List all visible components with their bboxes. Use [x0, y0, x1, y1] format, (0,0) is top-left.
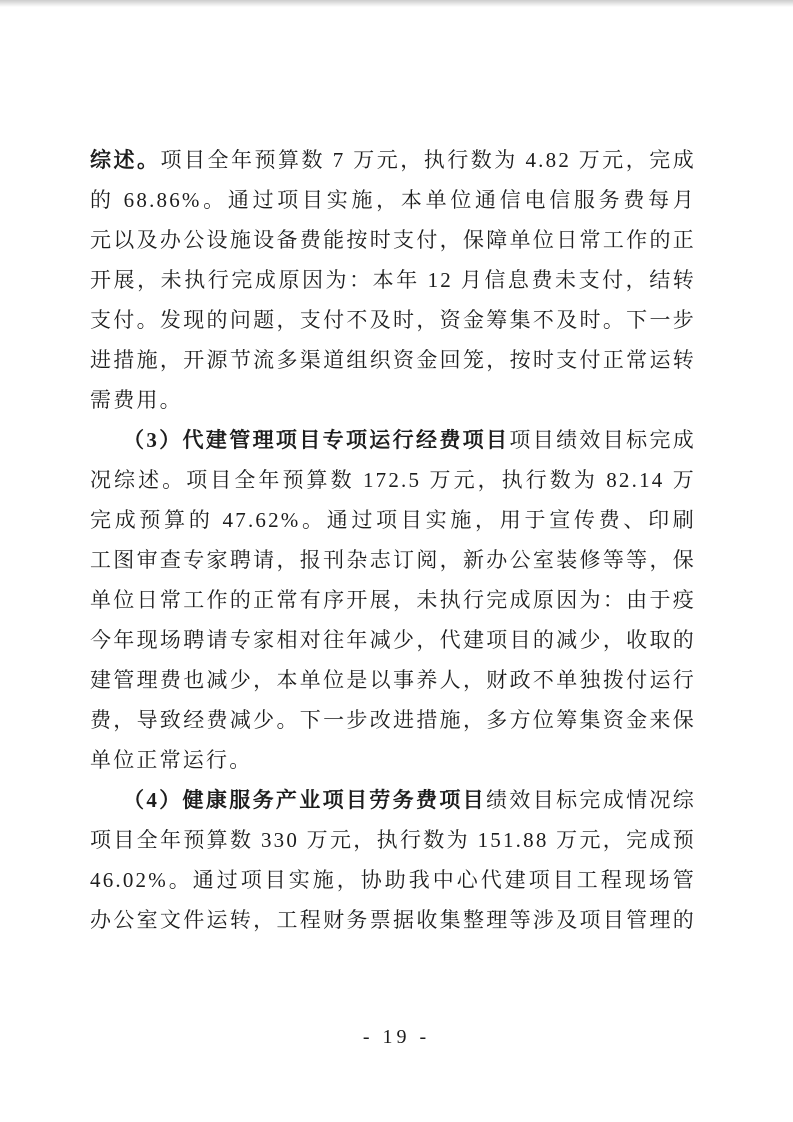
- text-run: 支付。发现的问题，支付不及时，资金筹集不及时。下一步改: [90, 308, 696, 340]
- text-line: 的 68.86%。通过项目实施，本单位通信电信服务费每月 4500: [90, 180, 696, 220]
- text-line: 元以及办公设施设备费能按时支付，保障单位日常工作的正常: [90, 220, 696, 260]
- text-run: 单位正常运行。: [90, 748, 252, 772]
- bold-text-run: （3）代建管理项目专项运行经费项目: [123, 428, 509, 452]
- text-line: 单位日常工作的正常有序开展，未执行完成原因为：由于疫情: [90, 580, 696, 620]
- paragraph-4-health-services-project: （4）健康服务产业项目劳务费项目绩效目标完成情况综述项目全年预算数 330 万元…: [90, 780, 696, 940]
- document-body: 综述。项目全年预算数 7 万元，执行数为 4.82 万元，完成预算的 68.86…: [90, 140, 696, 940]
- text-line: （3）代建管理项目专项运行经费项目项目绩效目标完成情: [90, 420, 696, 460]
- text-line: 办公室文件运转，工程财务票据收集整理等涉及项目管理的多: [90, 900, 696, 940]
- text-run: 项目全年预算数 330 万元，执行数为 151.88 万元，完成预算的: [90, 828, 696, 860]
- text-line: 项目全年预算数 330 万元，执行数为 151.88 万元，完成预算的: [90, 820, 696, 860]
- text-line: 46.02%。通过项目实施，协助我中心代建项目工程现场管理，: [90, 860, 696, 900]
- paragraph-2-continuation: 综述。项目全年预算数 7 万元，执行数为 4.82 万元，完成预算的 68.86…: [90, 140, 696, 420]
- text-run: 建管理费也减少，本单位是以事养人，财政不单独拨付运行经: [90, 668, 696, 700]
- text-line: 需费用。: [90, 380, 696, 420]
- text-run: 今年现场聘请专家相对往年减少，代建项目的减少，收取的代: [90, 628, 696, 660]
- text-run: 费，导致经费减少。下一步改进措施，多方位筹集资金来保证: [90, 708, 696, 740]
- text-line: 单位正常运行。: [90, 740, 696, 780]
- text-line: 费，导致经费减少。下一步改进措施，多方位筹集资金来保证: [90, 700, 696, 740]
- page-footer: - 19 -: [0, 1026, 793, 1049]
- document-page: 综述。项目全年预算数 7 万元，执行数为 4.82 万元，完成预算的 68.86…: [0, 0, 793, 1122]
- bold-text-run: （4）健康服务产业项目劳务费项目: [123, 788, 486, 812]
- text-run: 办公室文件运转，工程财务票据收集整理等涉及项目管理的多: [90, 908, 696, 940]
- text-line: 况综述。项目全年预算数 172.5 万元，执行数为 82.14 万元，: [90, 460, 696, 500]
- text-run: 完成预算的 47.62%。通过项目实施，用于宣传费、印刷费、施: [90, 508, 696, 540]
- text-line: 建管理费也减少，本单位是以事养人，财政不单独拨付运行经: [90, 660, 696, 700]
- text-run: 工图审查专家聘请，报刊杂志订阅，新办公室装修等等，保障: [90, 548, 696, 580]
- text-line: 进措施，开源节流多渠道组织资金回笼，按时支付正常运转所: [90, 340, 696, 380]
- text-run: 开展，未执行完成原因为：本年 12 月信息费未支付，结转下年: [90, 268, 696, 300]
- text-run: 元以及办公设施设备费能按时支付，保障单位日常工作的正常: [90, 228, 696, 260]
- text-line: 完成预算的 47.62%。通过项目实施，用于宣传费、印刷费、施: [90, 500, 696, 540]
- bold-text-run: 综述。: [90, 148, 161, 172]
- text-run: 需费用。: [90, 388, 183, 412]
- text-run: 项目全年预算数 7 万元，执行数为 4.82 万元，完成预算: [90, 148, 696, 180]
- text-line: 支付。发现的问题，支付不及时，资金筹集不及时。下一步改: [90, 300, 696, 340]
- text-line: 综述。项目全年预算数 7 万元，执行数为 4.82 万元，完成预算: [90, 140, 696, 180]
- text-line: （4）健康服务产业项目劳务费项目绩效目标完成情况综述: [90, 780, 696, 820]
- text-run: 单位日常工作的正常有序开展，未执行完成原因为：由于疫情: [90, 588, 696, 620]
- text-run: 的 68.86%。通过项目实施，本单位通信电信服务费每月 4500: [90, 188, 696, 220]
- page-number: - 19 -: [363, 1026, 430, 1048]
- text-line: 开展，未执行完成原因为：本年 12 月信息费未支付，结转下年: [90, 260, 696, 300]
- text-run: 46.02%。通过项目实施，协助我中心代建项目工程现场管理，: [90, 868, 696, 900]
- text-line: 工图审查专家聘请，报刊杂志订阅，新办公室装修等等，保障: [90, 540, 696, 580]
- text-run: 进措施，开源节流多渠道组织资金回笼，按时支付正常运转所: [90, 348, 696, 380]
- text-line: 今年现场聘请专家相对往年减少，代建项目的减少，收取的代: [90, 620, 696, 660]
- text-run: 况综述。项目全年预算数 172.5 万元，执行数为 82.14 万元，: [90, 468, 696, 500]
- paragraph-3-daijian-management-project: （3）代建管理项目专项运行经费项目项目绩效目标完成情况综述。项目全年预算数 17…: [90, 420, 696, 780]
